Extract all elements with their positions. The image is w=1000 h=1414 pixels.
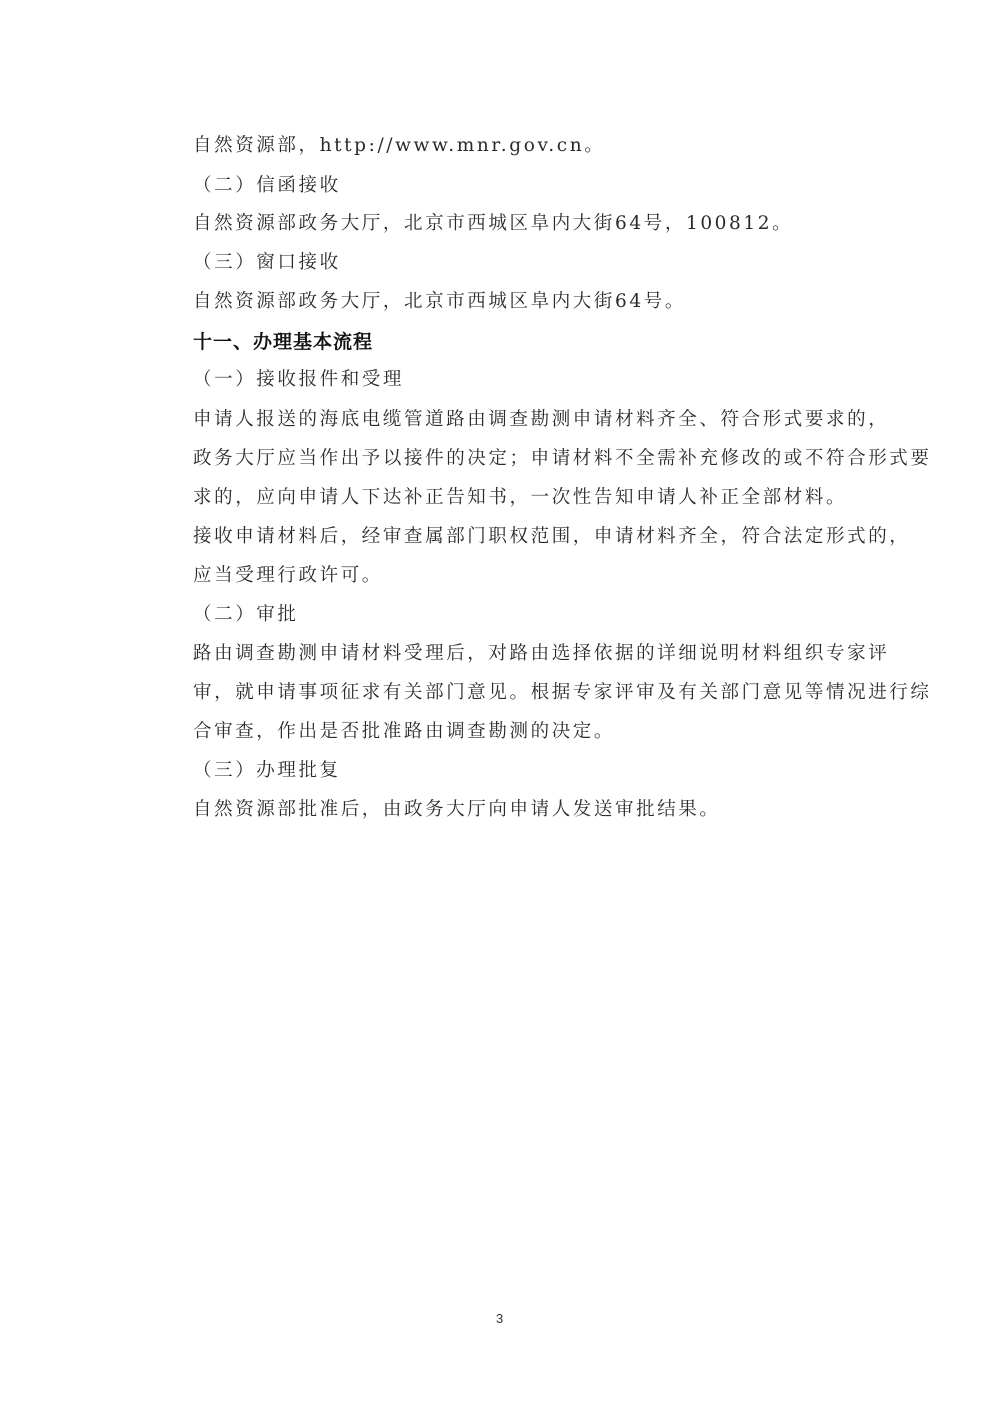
section-heading-process: 十一、办理基本流程: [193, 327, 373, 354]
paragraph-line: 合审查，作出是否批准路由调查勘测的决定。: [193, 717, 615, 743]
subheading-approval: （二）审批: [193, 600, 299, 626]
subheading-reply: （三）办理批复: [193, 756, 341, 782]
paragraph-line: 申请人报送的海底电缆管道路由调查勘测申请材料齐全、符合形式要求的，: [193, 405, 889, 431]
page-number: 3: [496, 1311, 503, 1326]
paragraph-line: 自然资源部批准后，由政务大厅向申请人发送审批结果。: [193, 795, 721, 821]
subheading-letter-receipt: （二）信函接收: [193, 171, 341, 197]
paragraph-line: 路由调查勘测申请材料受理后，对路由选择依据的详细说明材料组织专家评: [193, 639, 889, 665]
document-page: 自然资源部，http://www.mnr.gov.cn。 （二）信函接收 自然资…: [0, 0, 1000, 1414]
text-line-letter-address: 自然资源部政务大厅，北京市西城区阜内大街64号，100812。: [193, 209, 793, 235]
text-line-website: 自然资源部，http://www.mnr.gov.cn。: [193, 131, 605, 157]
paragraph-line: 求的，应向申请人下达补正告知书，一次性告知申请人补正全部材料。: [193, 483, 847, 509]
text-line-window-address: 自然资源部政务大厅，北京市西城区阜内大街64号。: [193, 287, 686, 313]
paragraph-line: 应当受理行政许可。: [193, 561, 383, 587]
subheading-receive-accept: （一）接收报件和受理: [193, 365, 404, 391]
subheading-window-receipt: （三）窗口接收: [193, 248, 341, 274]
paragraph-line: 政务大厅应当作出予以接件的决定；申请材料不全需补充修改的或不符合形式要: [193, 444, 932, 470]
paragraph-line: 接收申请材料后，经审查属部门职权范围，申请材料齐全，符合法定形式的，: [193, 522, 910, 548]
paragraph-line: 审，就申请事项征求有关部门意见。根据专家评审及有关部门意见等情况进行综: [193, 678, 932, 704]
